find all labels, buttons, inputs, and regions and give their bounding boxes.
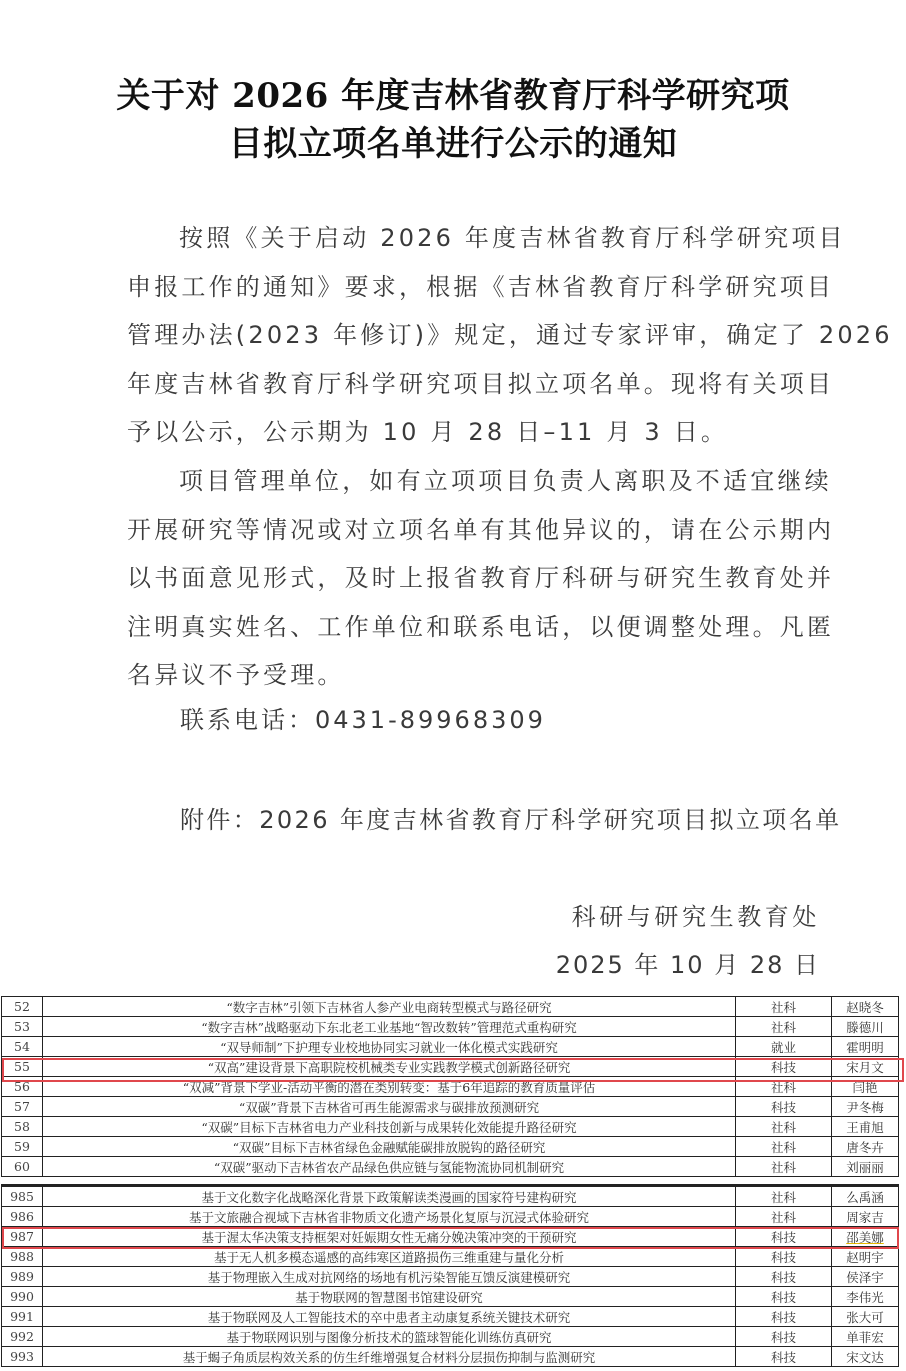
table-row: 60 “双碳”驱动下吉林省农产品绿色供应链与氢能物流协同机制研究 社科 刘丽丽 [2, 1157, 899, 1177]
project-category: 就业 [736, 1037, 832, 1057]
table-row: 59 “双碳”目标下吉林省绿色金融赋能碳排放脱钩的路径研究 社科 唐冬卉 [2, 1137, 899, 1157]
project-title: “双碳”背景下吉林省可再生能源需求与碳排放预测研究 [43, 1097, 736, 1117]
project-category: 社科 [736, 1137, 832, 1157]
notice-title-line-2: 目拟立项名单进行公示的通知 [0, 116, 906, 165]
project-title: 基于蝎子角质层构效关系的仿生纤维增强复合材料分层损伤抑制与监测研究 [43, 1347, 736, 1367]
project-leader: 尹冬梅 [832, 1097, 899, 1117]
project-category: 社科 [736, 1186, 832, 1207]
table-row: 58 “双碳”目标下吉林省电力产业科技创新与成果转化效能提升路径研究 社科 王甫… [2, 1117, 899, 1137]
paragraph-line: 开展研究等情况或对立项名单有其他异议的，请在公示期内 [127, 506, 827, 555]
table-row: 986 基于文旅融合视域下吉林省非物质文化遗产场景化复原与沉浸式体验研究 社科 … [2, 1207, 899, 1227]
paragraph-line: 按照《关于启动 2026 年度吉林省教育厅科学研究项目 [127, 214, 827, 263]
paragraph-line: 年度吉林省教育厅科学研究项目拟立项名单。现将有关项目 [127, 360, 827, 409]
project-category: 科技 [736, 1327, 832, 1347]
paragraph-line: 申报工作的通知》要求，根据《吉林省教育厅科学研究项目 [127, 263, 827, 312]
table-row-highlighted: 55 “双高”建设背景下高职院校机械类专业实践教学模式创新路径研究 科技 宋月文 [2, 1057, 899, 1077]
project-category: 社科 [736, 997, 832, 1017]
table-row: 989 基于物理嵌入生成对抗网络的场地有机污染智能互馈反演建模研究 科技 侯泽宇 [2, 1267, 899, 1287]
project-title: “双导师制”下护理专业校地协同实习就业一体化模式实践研究 [43, 1037, 736, 1057]
table-row: 993 基于蝎子角质层构效关系的仿生纤维增强复合材料分层损伤抑制与监测研究 科技… [2, 1347, 899, 1367]
project-title: “数字吉林”引领下吉林省人参产业电商转型模式与路径研究 [43, 997, 736, 1017]
row-number: 985 [2, 1186, 43, 1207]
row-number: 987 [2, 1227, 43, 1247]
row-number: 53 [2, 1017, 43, 1037]
leader-name-underlined: 邵美娜 [846, 1230, 884, 1245]
project-title: “双碳”驱动下吉林省农产品绿色供应链与氢能物流协同机制研究 [43, 1157, 736, 1177]
project-list-table-bottom: 985 基于文化数字化战略深化背景下政策解读类漫画的国家符号建构研究 社科 么禹… [1, 1184, 899, 1367]
table-row: 52 “数字吉林”引领下吉林省人参产业电商转型模式与路径研究 社科 赵晓冬 [2, 997, 899, 1017]
project-title: “双碳”目标下吉林省绿色金融赋能碳排放脱钩的路径研究 [43, 1137, 736, 1157]
project-leader: 宋月文 [832, 1057, 899, 1077]
table-row: 992 基于物联网识别与图像分析技术的篮球智能化训练仿真研究 科技 单菲宏 [2, 1327, 899, 1347]
row-number: 57 [2, 1097, 43, 1117]
project-title: 基于物理嵌入生成对抗网络的场地有机污染智能互馈反演建模研究 [43, 1267, 736, 1287]
row-number: 989 [2, 1267, 43, 1287]
paragraph-line: 名异议不予受理。 [127, 651, 827, 700]
row-number: 990 [2, 1287, 43, 1307]
project-title: 基于渥太华决策支持框架对妊娠期女性无痛分娩决策冲突的干预研究 [43, 1227, 736, 1247]
project-leader: 么禹涵 [832, 1186, 899, 1207]
row-number: 988 [2, 1247, 43, 1267]
notice-title-line-1: 关于对 2026 年度吉林省教育厅科学研究项 [0, 68, 906, 117]
project-leader: 宋文达 [832, 1347, 899, 1367]
project-leader: 侯泽宇 [832, 1267, 899, 1287]
paragraph-objections: 项目管理单位，如有立项项目负责人离职及不适宜继续 开展研究等情况或对立项名单有其… [127, 457, 827, 700]
project-leader: 单菲宏 [832, 1327, 899, 1347]
project-category: 科技 [736, 1057, 832, 1077]
row-number: 55 [2, 1057, 43, 1077]
project-leader: 王甫旭 [832, 1117, 899, 1137]
row-number: 59 [2, 1137, 43, 1157]
row-number: 56 [2, 1077, 43, 1097]
project-title: 基于文化数字化战略深化背景下政策解读类漫画的国家符号建构研究 [43, 1186, 736, 1207]
project-title: “双碳”目标下吉林省电力产业科技创新与成果转化效能提升路径研究 [43, 1117, 736, 1137]
paragraph-line: 项目管理单位，如有立项项目负责人离职及不适宜继续 [127, 457, 827, 506]
table-row: 985 基于文化数字化战略深化背景下政策解读类漫画的国家符号建构研究 社科 么禹… [2, 1186, 899, 1207]
table-row: 990 基于物联网的智慧图书馆建设研究 科技 李伟光 [2, 1287, 899, 1307]
row-number: 992 [2, 1327, 43, 1347]
project-category: 科技 [736, 1267, 832, 1287]
project-category: 社科 [736, 1077, 832, 1097]
paragraph-line: 予以公示，公示期为 10 月 28 日–11 月 3 日。 [127, 408, 827, 457]
project-category: 社科 [736, 1207, 832, 1227]
project-category: 科技 [736, 1307, 832, 1327]
project-leader: 唐冬卉 [832, 1137, 899, 1157]
project-title: 基于物联网及人工智能技术的卒中患者主动康复系统关键技术研究 [43, 1307, 736, 1327]
project-list-table-top: 52 “数字吉林”引领下吉林省人参产业电商转型模式与路径研究 社科 赵晓冬 53… [1, 996, 899, 1177]
project-leader: 闫艳 [832, 1077, 899, 1097]
project-leader: 李伟光 [832, 1287, 899, 1307]
project-title: 基于物联网的智慧图书馆建设研究 [43, 1287, 736, 1307]
paragraph-line: 注明真实姓名、工作单位和联系电话，以便调整处理。凡匿 [127, 603, 827, 652]
project-title: 基于无人机多模态遥感的高纬寒区道路损伤三维重建与量化分析 [43, 1247, 736, 1267]
signature-date: 2025 年 10 月 28 日 [556, 945, 820, 980]
project-category: 科技 [736, 1247, 832, 1267]
project-category: 科技 [736, 1347, 832, 1367]
project-title: “双高”建设背景下高职院校机械类专业实践教学模式创新路径研究 [43, 1057, 736, 1077]
project-title: “数字吉林”战略驱动下东北老工业基地“智改数转”管理范式重构研究 [43, 1017, 736, 1037]
row-number: 986 [2, 1207, 43, 1227]
row-number: 993 [2, 1347, 43, 1367]
project-category: 社科 [736, 1117, 832, 1137]
paragraph-announcement: 按照《关于启动 2026 年度吉林省教育厅科学研究项目 申报工作的通知》要求，根… [127, 214, 827, 457]
project-category: 科技 [736, 1227, 832, 1247]
project-leader: 周家吉 [832, 1207, 899, 1227]
row-number: 58 [2, 1117, 43, 1137]
row-number: 54 [2, 1037, 43, 1057]
paragraph-line: 以书面意见形式，及时上报省教育厅科研与研究生教育处并 [127, 554, 827, 603]
signature-organization: 科研与研究生教育处 [572, 897, 820, 932]
table-row: 991 基于物联网及人工智能技术的卒中患者主动康复系统关键技术研究 科技 张大可 [2, 1307, 899, 1327]
table-row: 56 “双减”背景下学业-活动平衡的潜在类别转变：基于6年追踪的教育质量评估 社… [2, 1077, 899, 1097]
project-category: 科技 [736, 1287, 832, 1307]
project-title: 基于文旅融合视域下吉林省非物质文化遗产场景化复原与沉浸式体验研究 [43, 1207, 736, 1227]
row-number: 60 [2, 1157, 43, 1177]
project-leader: 霍明明 [832, 1037, 899, 1057]
attachment-note: 附件：2026 年度吉林省教育厅科学研究项目拟立项名单 [180, 800, 842, 835]
project-category: 科技 [736, 1097, 832, 1117]
table-row: 54 “双导师制”下护理专业校地协同实习就业一体化模式实践研究 就业 霍明明 [2, 1037, 899, 1057]
table-row-highlighted: 987 基于渥太华决策支持框架对妊娠期女性无痛分娩决策冲突的干预研究 科技 邵美… [2, 1227, 899, 1247]
table-row: 988 基于无人机多模态遥感的高纬寒区道路损伤三维重建与量化分析 科技 赵明宇 [2, 1247, 899, 1267]
row-number: 52 [2, 997, 43, 1017]
project-leader: 赵明宇 [832, 1247, 899, 1267]
project-title: 基于物联网识别与图像分析技术的篮球智能化训练仿真研究 [43, 1327, 736, 1347]
table-row: 57 “双碳”背景下吉林省可再生能源需求与碳排放预测研究 科技 尹冬梅 [2, 1097, 899, 1117]
contact-phone: 联系电话：0431-89968309 [180, 700, 546, 735]
table-row: 53 “数字吉林”战略驱动下东北老工业基地“智改数转”管理范式重构研究 社科 滕… [2, 1017, 899, 1037]
project-leader: 刘丽丽 [832, 1157, 899, 1177]
project-leader: 滕德川 [832, 1017, 899, 1037]
project-leader: 张大可 [832, 1307, 899, 1327]
project-category: 社科 [736, 1157, 832, 1177]
project-leader: 邵美娜 [832, 1227, 899, 1247]
project-category: 社科 [736, 1017, 832, 1037]
project-title: “双减”背景下学业-活动平衡的潜在类别转变：基于6年追踪的教育质量评估 [43, 1077, 736, 1097]
project-leader: 赵晓冬 [832, 997, 899, 1017]
row-number: 991 [2, 1307, 43, 1327]
paragraph-line: 管理办法(2023 年修订)》规定，通过专家评审，确定了 2026 [127, 311, 827, 360]
